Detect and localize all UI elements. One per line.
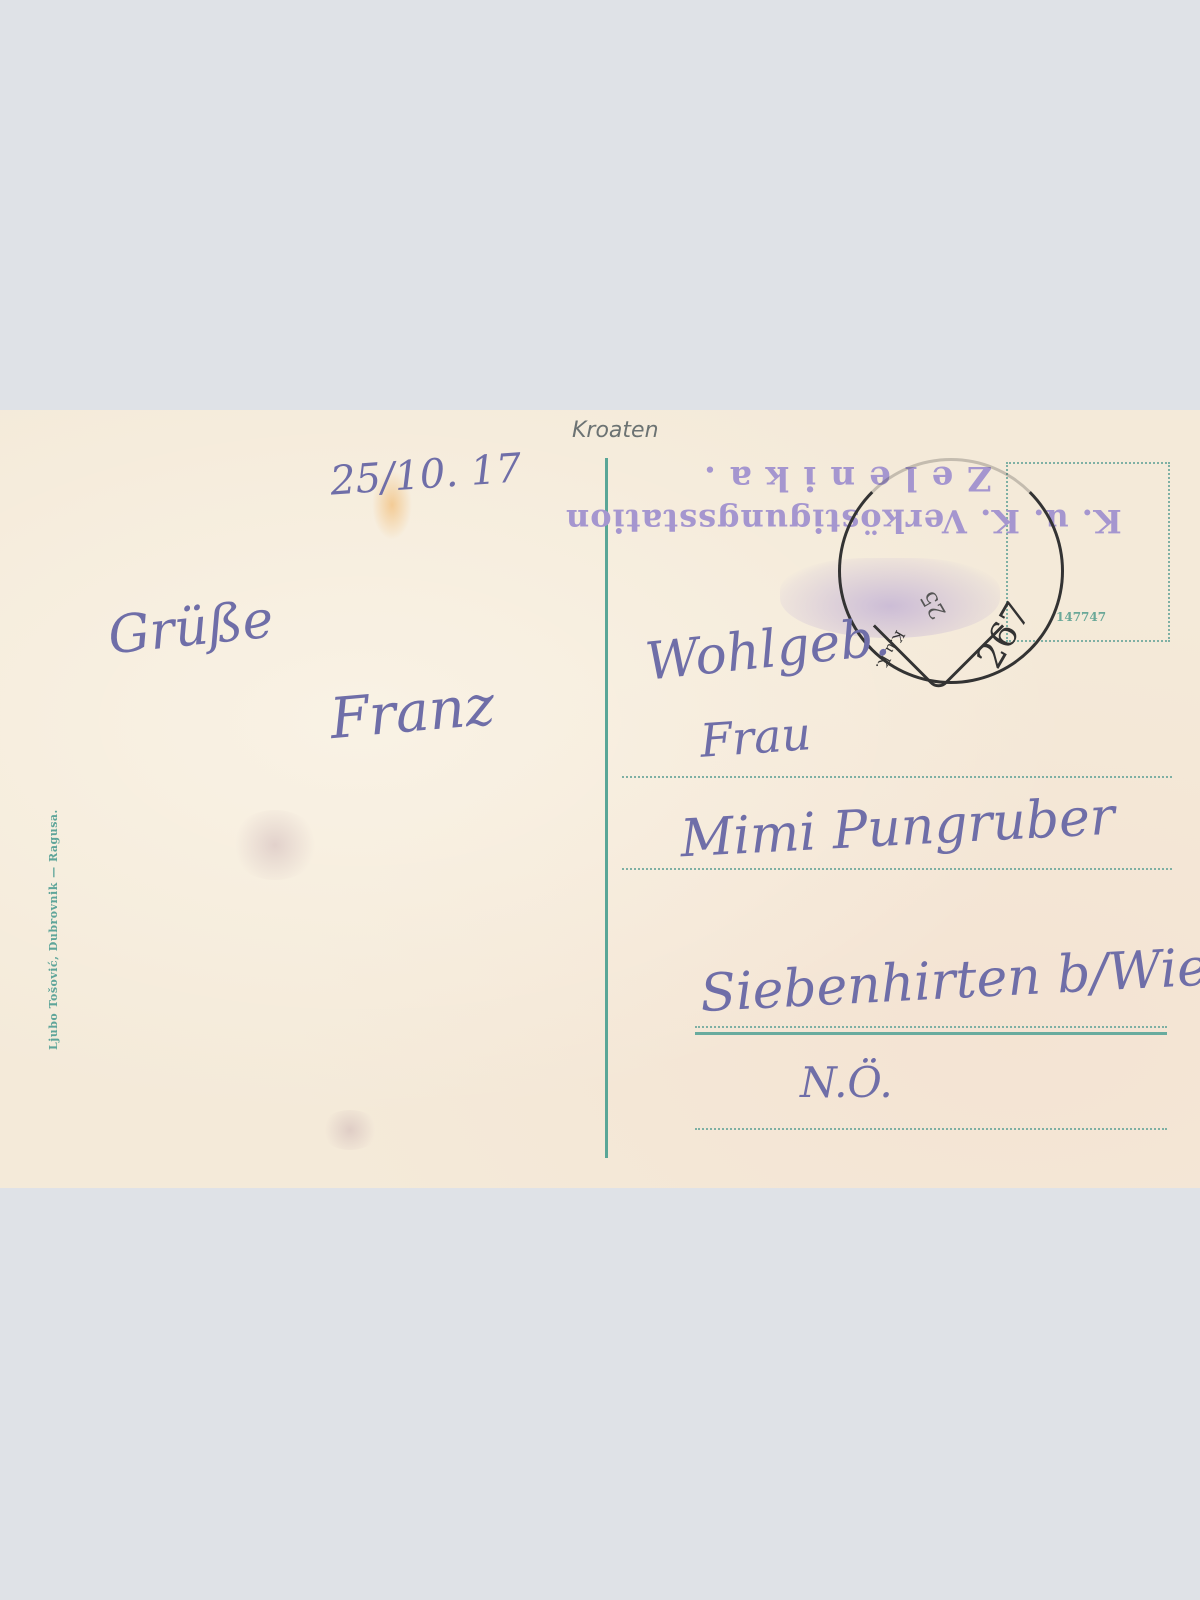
foxing-speckle	[320, 1110, 380, 1150]
address-town: Siebenhirten b/Wien	[699, 936, 1200, 1024]
foxing-speckle	[230, 810, 320, 880]
address-line-3	[695, 1026, 1167, 1028]
address-line-2	[622, 868, 1172, 870]
message-greeting: Grüße	[105, 590, 276, 667]
address-line-1	[622, 776, 1172, 778]
center-divider-line	[605, 458, 608, 1158]
address-line-4	[695, 1128, 1167, 1130]
address-salutation: Wohlgeb.	[643, 607, 893, 692]
pencil-note: Kroaten	[572, 418, 659, 443]
address-region: N.Ö.	[800, 1058, 893, 1107]
message-signature: Franz	[327, 673, 497, 752]
postcard-back: Ljubo Tošović, Dubrovnik — Ragusa. 14774…	[0, 410, 1200, 1188]
address-name: Mimi Pungruber	[679, 787, 1116, 870]
stamp-box-serial: 147747	[1056, 610, 1106, 624]
address-title: Frau	[698, 706, 812, 768]
publisher-imprint: Ljubo Tošović, Dubrovnik — Ragusa.	[47, 809, 60, 1050]
address-line-3-underline	[695, 1032, 1167, 1035]
message-date: 25/10. 17	[329, 445, 523, 504]
